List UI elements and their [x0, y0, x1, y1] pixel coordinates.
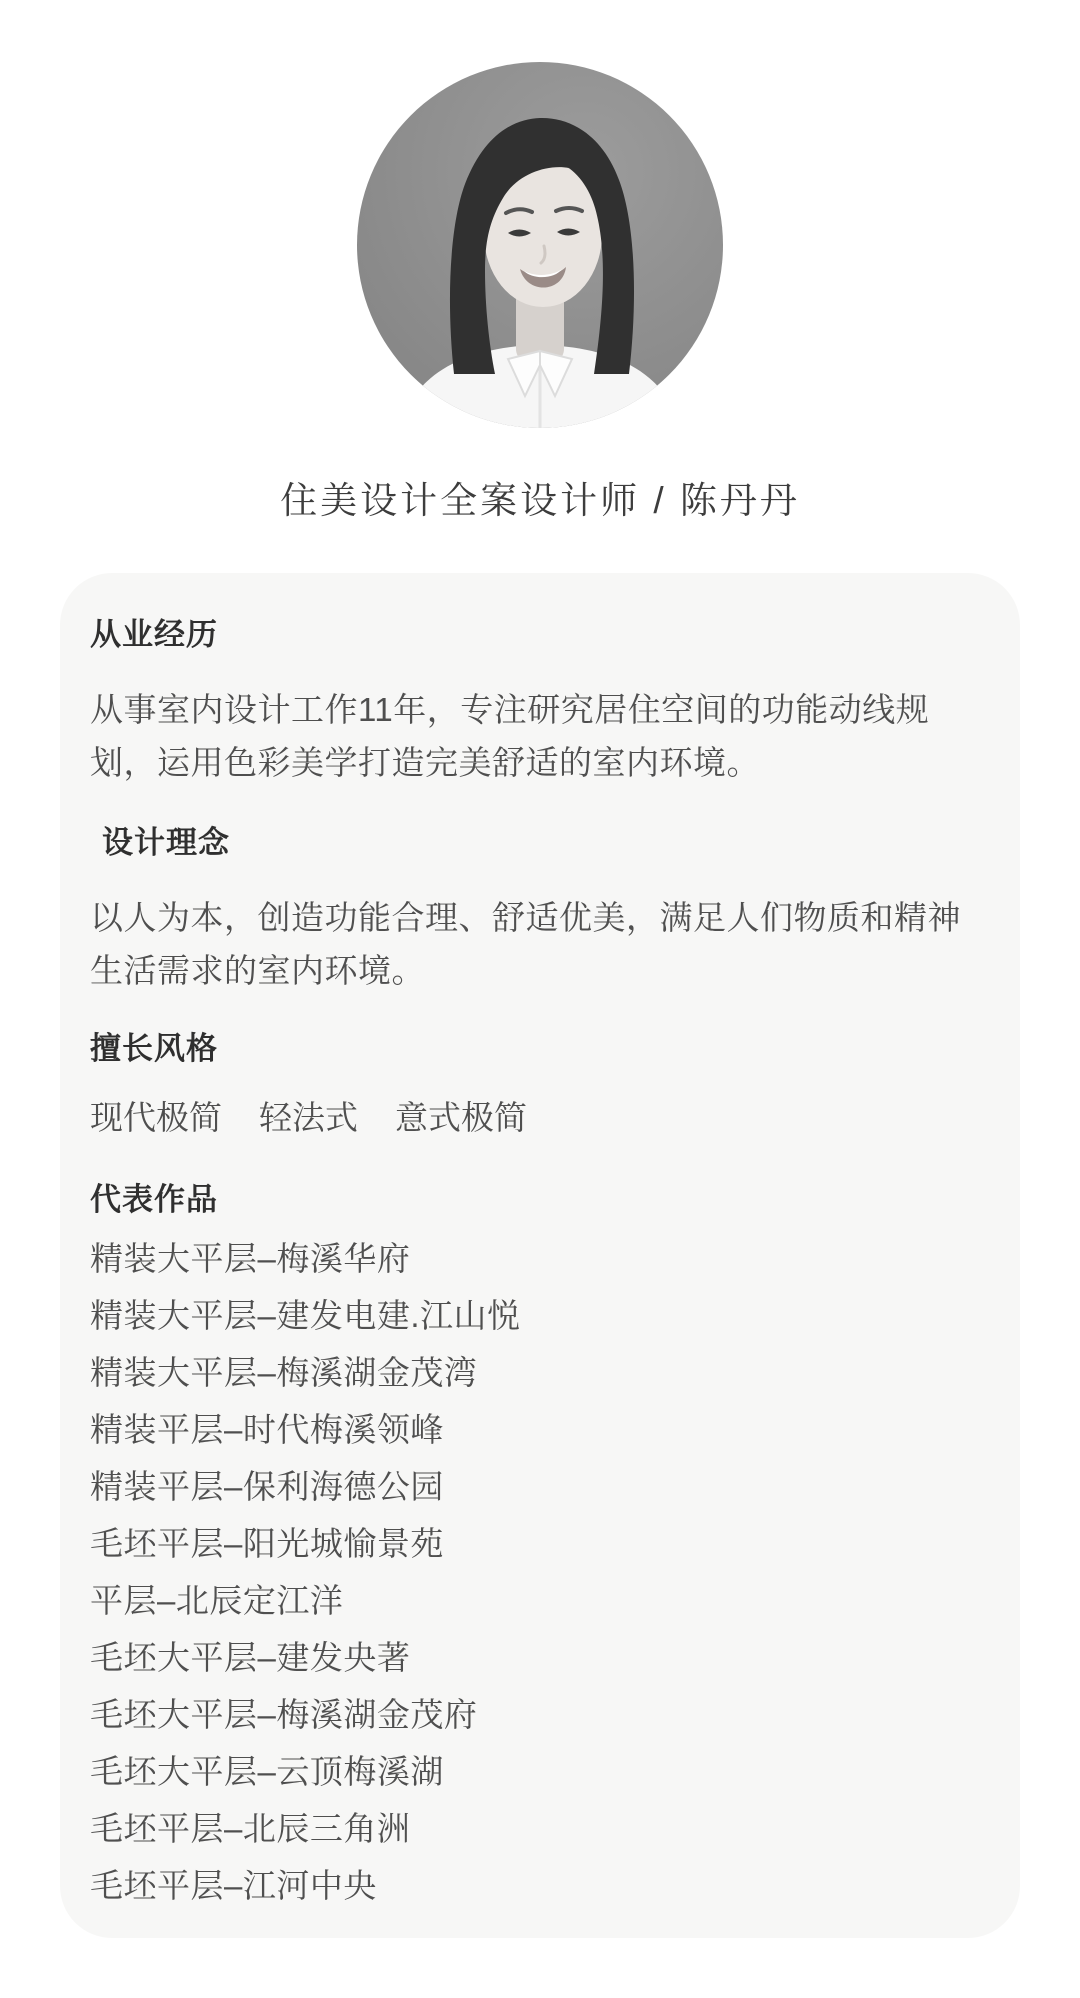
section-styles: 擅长风格 现代极简轻法式意式极简	[90, 1029, 990, 1139]
experience-heading: 从业经历	[90, 615, 990, 655]
section-experience: 从业经历 从事室内设计工作11年，专注研究居住空间的功能动线规划，运用色彩美学打…	[90, 615, 990, 789]
style-tag: 现代极简	[90, 1097, 222, 1139]
experience-text: 从事室内设计工作11年，专注研究居住空间的功能动线规划，运用色彩美学打造完美舒适…	[90, 683, 990, 789]
portrait-photo-icon	[357, 62, 723, 428]
work-item: 精装大平层–梅溪湖金茂湾	[90, 1344, 990, 1401]
work-item: 精装大平层–梅溪华府	[90, 1230, 990, 1287]
style-tag: 意式极简	[395, 1097, 527, 1139]
work-item: 毛坯平层–北辰三角洲	[90, 1800, 990, 1857]
style-tag: 轻法式	[259, 1097, 358, 1139]
section-works: 代表作品 精装大平层–梅溪华府精装大平层–建发电建.江山悦精装大平层–梅溪湖金茂…	[90, 1180, 990, 1914]
work-item: 毛坯大平层–建发央著	[90, 1629, 990, 1686]
philosophy-heading: 设计理念	[90, 823, 990, 863]
works-list: 精装大平层–梅溪华府精装大平层–建发电建.江山悦精装大平层–梅溪湖金茂湾精装平层…	[90, 1230, 990, 1914]
styles-heading: 擅长风格	[90, 1029, 990, 1069]
avatar	[357, 62, 723, 428]
work-item: 毛坯平层–阳光城愉景苑	[90, 1515, 990, 1572]
works-heading: 代表作品	[90, 1180, 990, 1220]
work-item: 精装平层–保利海德公园	[90, 1458, 990, 1515]
profile-card: 从业经历 从事室内设计工作11年，专注研究居住空间的功能动线规划，运用色彩美学打…	[60, 573, 1020, 1938]
work-item: 毛坯平层–江河中央	[90, 1857, 990, 1914]
styles-list: 现代极简轻法式意式极简	[90, 1097, 990, 1139]
section-philosophy: 设计理念 以人为本，创造功能合理、舒适优美，满足人们物质和精神生活需求的室内环境…	[90, 823, 990, 997]
work-item: 毛坯大平层–梅溪湖金茂府	[90, 1686, 990, 1743]
designer-profile-page: 住美设计全案设计师 / 陈丹丹 从业经历 从事室内设计工作11年，专注研究居住空…	[0, 0, 1080, 1998]
work-item: 平层–北辰定江洋	[90, 1572, 990, 1629]
work-item: 精装平层–时代梅溪领峰	[90, 1401, 990, 1458]
philosophy-text: 以人为本，创造功能合理、舒适优美，满足人们物质和精神生活需求的室内环境。	[90, 891, 990, 997]
work-item: 精装大平层–建发电建.江山悦	[90, 1287, 990, 1344]
work-item: 毛坯大平层–云顶梅溪湖	[90, 1743, 990, 1800]
page-title: 住美设计全案设计师 / 陈丹丹	[0, 481, 1080, 521]
